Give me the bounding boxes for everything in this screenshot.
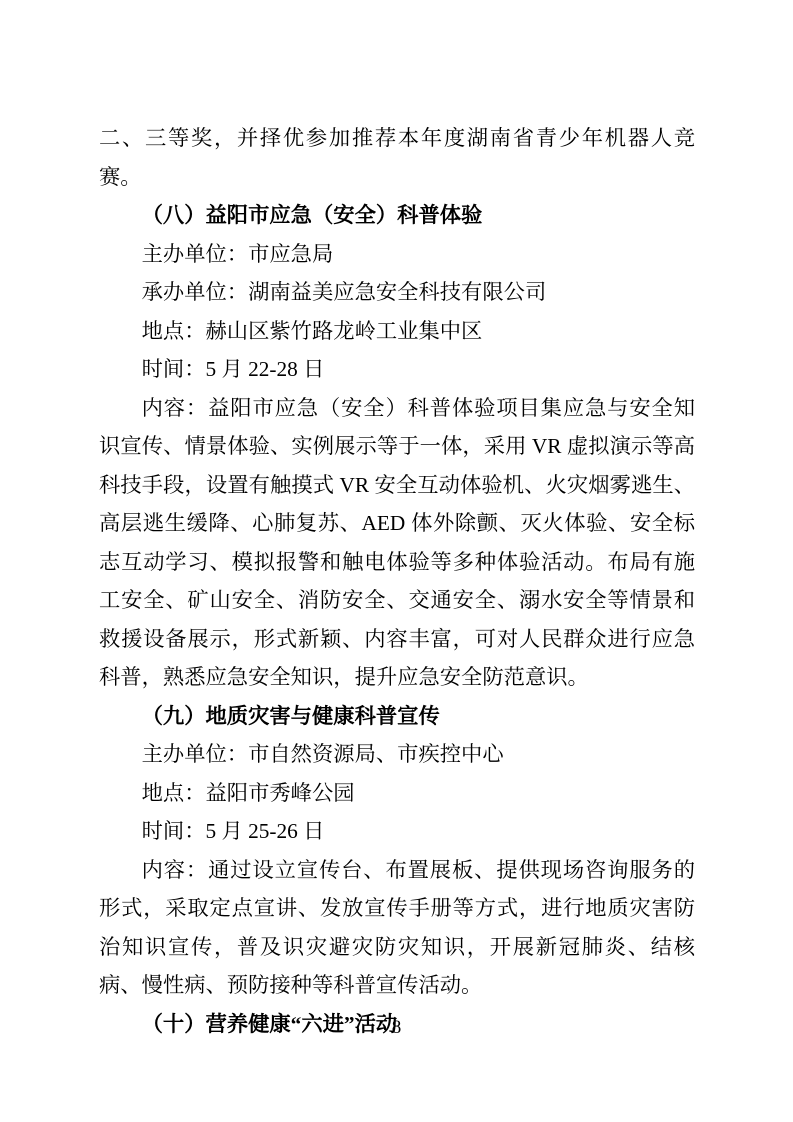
document-page: 二、三等奖，并择优参加推荐本年度湖南省青少年机器人竞赛。 （八）益阳市应急（安全… — [0, 0, 793, 1122]
paragraph-time: 时间：5 月 25-26 日 — [99, 812, 695, 851]
section-heading-8: （八）益阳市应急（安全）科普体验 — [99, 196, 695, 235]
paragraph-content: 内容：益阳市应急（安全）科普体验项目集应急与安全知识宣传、情景体验、实例展示等于… — [99, 389, 695, 697]
paragraph-continuation: 二、三等奖，并择优参加推荐本年度湖南省青少年机器人竞赛。 — [99, 119, 695, 196]
paragraph-location: 地点：益阳市秀峰公园 — [99, 774, 695, 813]
paragraph-location: 地点：赫山区紫竹路龙岭工业集中区 — [99, 312, 695, 351]
paragraph-time: 时间：5 月 22-28 日 — [99, 350, 695, 389]
section-heading-9: （九）地质灾害与健康科普宣传 — [99, 697, 695, 736]
page-body-text: 二、三等奖，并择优参加推荐本年度湖南省青少年机器人竞赛。 （八）益阳市应急（安全… — [99, 119, 695, 1043]
page-number: 8 — [0, 1016, 793, 1040]
paragraph-organizer: 主办单位：市应急局 — [99, 235, 695, 274]
paragraph-co-organizer: 承办单位：湖南益美应急安全科技有限公司 — [99, 273, 695, 312]
paragraph-organizer: 主办单位：市自然资源局、市疾控中心 — [99, 735, 695, 774]
paragraph-content: 内容：通过设立宣传台、布置展板、提供现场咨询服务的形式，采取定点宣讲、发放宣传手… — [99, 851, 695, 1005]
